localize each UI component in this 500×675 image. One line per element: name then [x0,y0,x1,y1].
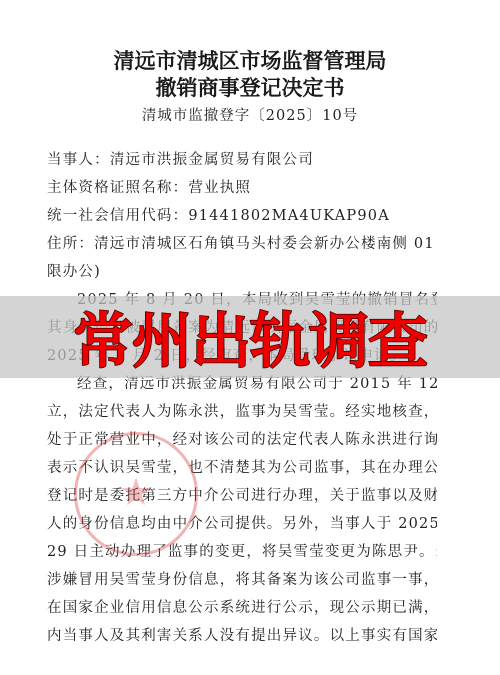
credit-code-value: 91441802MA4UKAP90A [188,208,390,224]
document-number: 清城市监撤登字〔2025〕10号 [0,106,500,126]
overlay-banner-text: 常州出轨调查 [0,296,500,378]
license-line: 主体资格证照名称：营业执照 [47,174,437,202]
decision-title: 撤销商事登记决定书 [0,76,500,100]
credit-code-line: 统一社会信用代码：91441802MA4UKAP90A [47,202,437,230]
paragraph-line: 立，法定代表人为陈永洪，监事为吴雪莹。经实地核查，当事人 [47,398,437,426]
party-value: 清远市洪振金属贸易有限公司 [110,152,314,168]
paragraph-line: 登记时是委托第三方中介公司进行办理，关于监事以及财务负责 [47,482,437,510]
address-line-2: 限办公) [47,258,437,286]
issuing-authority-title: 清远市清城区市场监督管理局 [0,49,500,73]
document-body: 当事人：清远市洪振金属贸易有限公司 主体资格证照名称：营业执照 统一社会信用代码… [47,146,437,650]
paragraph-line: 处于正常营业中，经对该公司的法定代表人陈永洪进行询问，其 [47,426,437,454]
paragraph-line: 29 日主动办理了监事的变更，将吴雪莹变更为陈思尹。当事人 [47,538,437,566]
credit-code-label: 统一社会信用代码： [47,208,188,224]
party-label: 当事人： [47,152,110,168]
paragraph-line: 在国家企业信用信息公示系统进行公示，现公示期已满，公示期 [47,594,437,622]
license-label: 主体资格证照名称： [47,180,188,196]
paragraph-line: 表示不认识吴雪莹，也不清楚其为公司监事，其在办理公司设立 [47,454,437,482]
paragraph-line: 内当事人及其利害关系人没有提出异议。以上事实有国家企业信 [47,622,437,650]
paragraph-line: 涉嫌冒用吴雪莹身份信息，将其备案为该公司监事一事，本局已 [47,566,437,594]
party-line: 当事人：清远市洪振金属贸易有限公司 [47,146,437,174]
license-value: 营业执照 [188,180,251,196]
address-line-1: 住所：清远市清城区石角镇马头村委会新办公楼南侧 01 号房(仅 [47,230,437,258]
document-page: 清远市清城区市场监督管理局 撤销商事登记决定书 清城市监撤登字〔2025〕10号… [0,0,500,675]
paragraph-line: 人的身份信息均由中介公司提供。另外，当事人于 2025 年 8 月 [47,510,437,538]
